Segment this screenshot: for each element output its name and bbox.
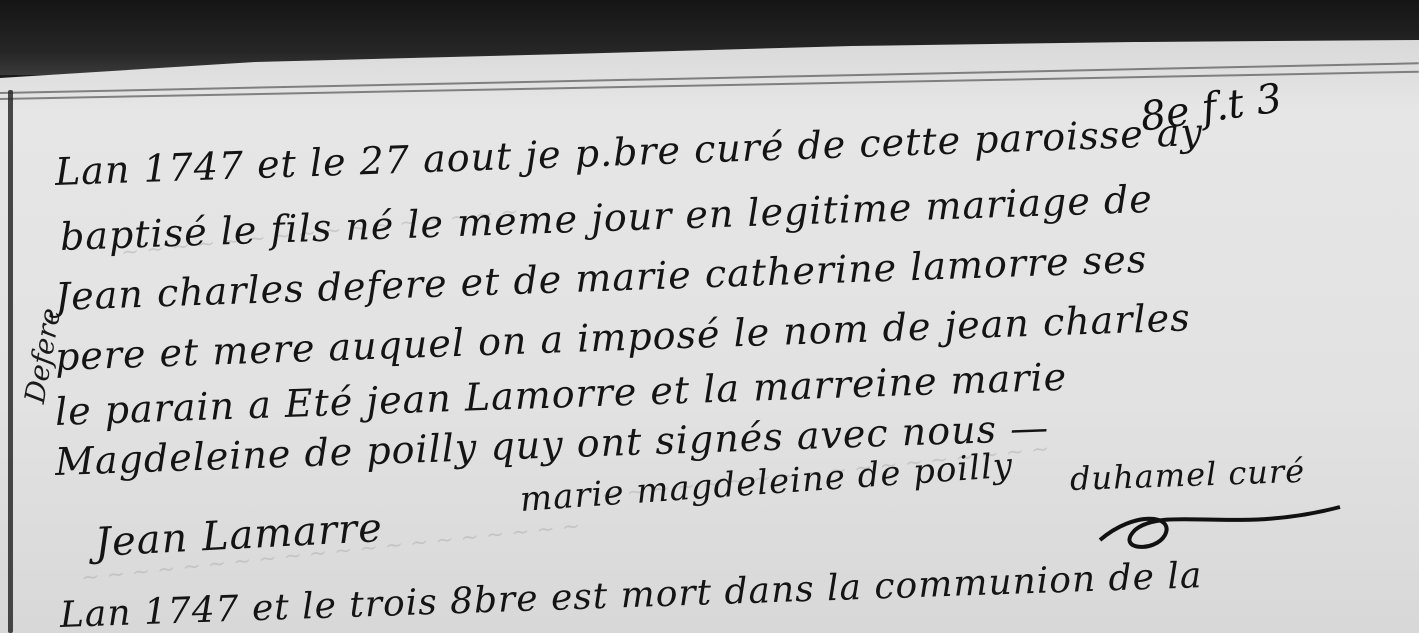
signature-flourish-icon bbox=[1095, 505, 1345, 555]
left-margin-rule bbox=[8, 90, 13, 633]
